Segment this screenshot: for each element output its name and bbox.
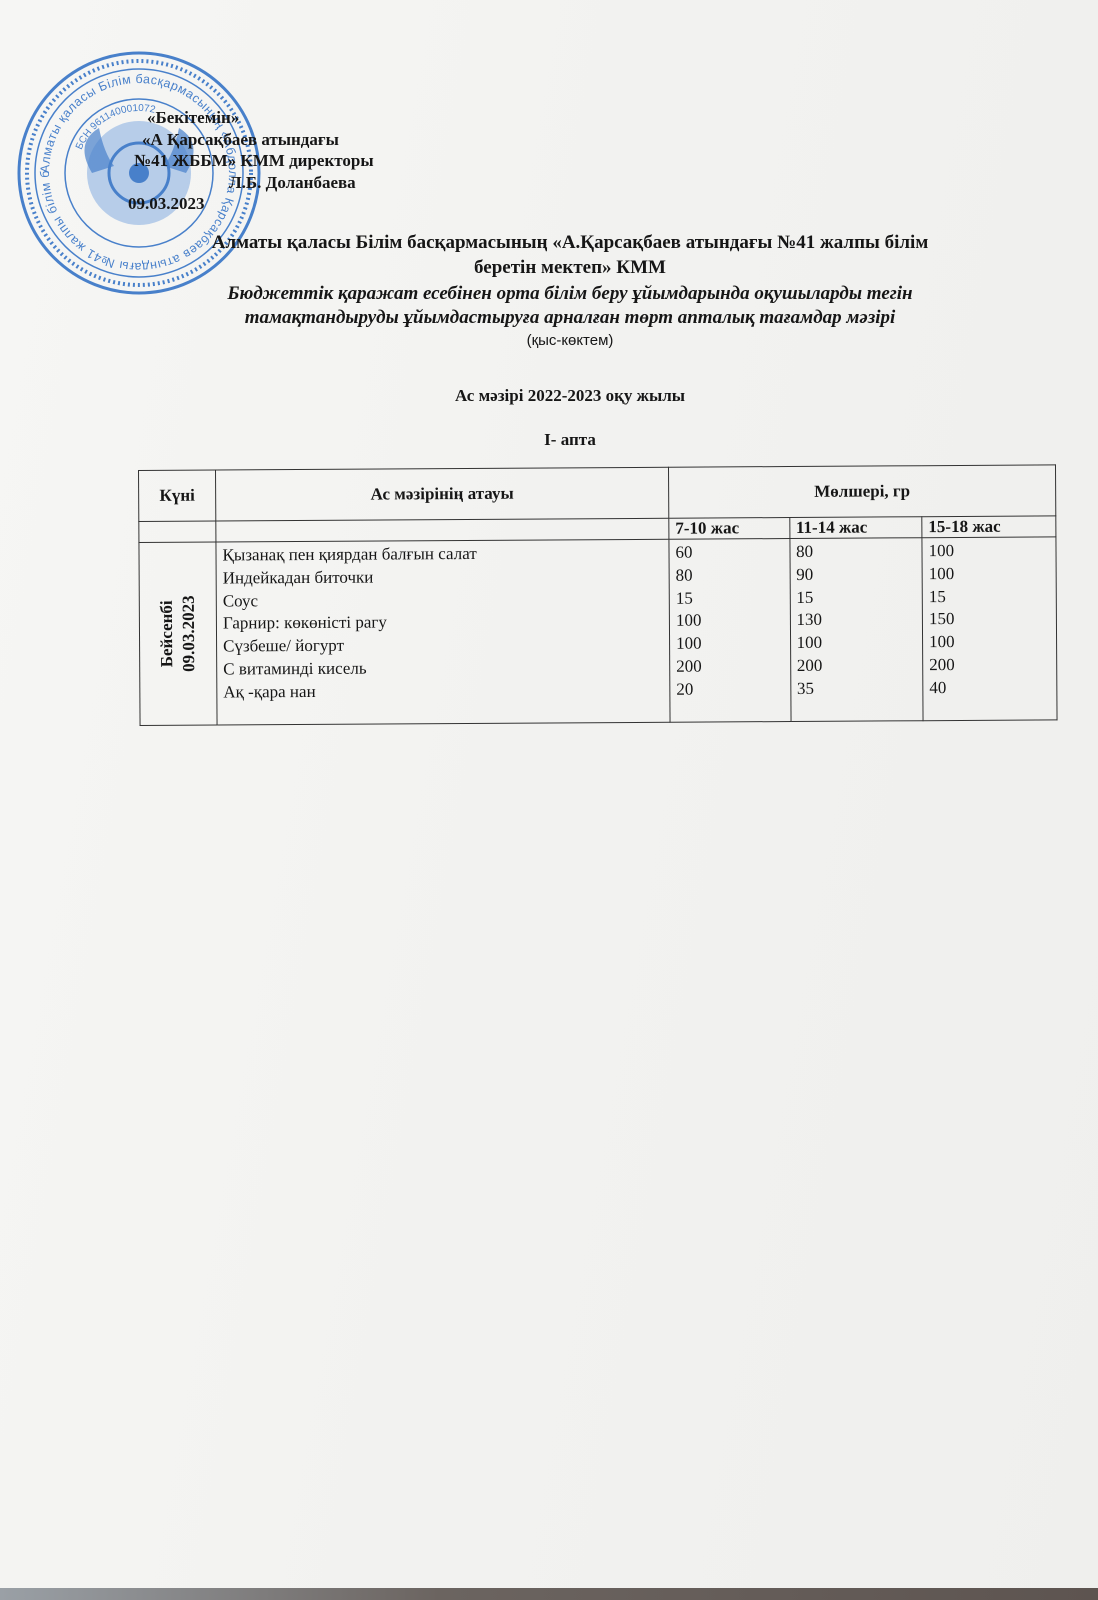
approval-date: 09.03.2023: [125, 193, 374, 215]
dish-item: Индейкадан биточки: [223, 565, 663, 590]
document-subtitle: Бюджеттік қаражат есебінен орта білім бе…: [130, 282, 1010, 330]
approval-heading: «Бекітемін»: [125, 107, 374, 129]
amounts-age-11-14: 80 90 15 130 100 200 35: [790, 538, 924, 722]
dish-item: С витаминді кисель: [223, 656, 663, 681]
approval-block: «Бекітемін» «А Қарсақбаев атындағы №41 Ж…: [125, 107, 374, 215]
header-age-11-14: 11-14 жас: [789, 517, 922, 539]
dish-item: Соус: [223, 587, 663, 612]
table-row: Бейсенбі 09.03.2023 Қызанақ пен қиярдан …: [139, 537, 1057, 726]
approval-signatory: Л.Б. Доланбаева: [125, 172, 374, 194]
table-header-row: Күні Ас мәзірінің атауы Мөлшері, гр: [139, 465, 1056, 522]
week-label: I- апта: [130, 430, 1010, 450]
dish-list: Қызанақ пен қиярдан балғын салат Индейка…: [216, 539, 670, 725]
approval-position: №41 ЖББМ» КММ директоры: [125, 150, 374, 172]
amounts-age-15-18: 100 100 15 150 100 200 40: [922, 537, 1057, 721]
header-dish-name: Ас мәзірінің атауы: [216, 467, 669, 521]
day-name: Бейсенбі: [156, 596, 178, 673]
header-age-15-18: 15-18 жас: [922, 516, 1056, 538]
header-day: Күні: [139, 470, 216, 521]
approval-school: «А Қарсақбаев атындағы: [125, 129, 374, 151]
season-label: (қыс-көктем): [130, 332, 1010, 349]
dish-item: Гарнир: көкөністі рагу: [223, 610, 663, 635]
dish-item: Сүзбеше/ йогурт: [223, 633, 663, 658]
dish-item: Қызанақ пен қиярдан балғын салат: [222, 542, 662, 567]
dish-item: Ақ -қара нан: [223, 679, 663, 704]
academic-year: Ас мәзірі 2022-2023 оқу жылы: [130, 386, 1010, 406]
background-surface: [0, 1588, 1098, 1600]
amounts-age-7-10: 60 80 15 100 100 200 20: [669, 539, 791, 723]
day-date: 09.03.2023: [178, 595, 200, 672]
document-title: Алматы қаласы Білім басқармасының «А.Қар…: [130, 230, 1010, 280]
header-age-7-10: 7-10 жас: [669, 518, 790, 540]
day-cell: Бейсенбі 09.03.2023: [139, 542, 217, 725]
header-amount: Мөлшері, гр: [668, 465, 1055, 518]
menu-table: Күні Ас мәзірінің атауы Мөлшері, гр 7-10…: [138, 464, 1058, 726]
document-page: Алматы қаласы Білім басқармасының «Абдол…: [0, 0, 1098, 1588]
